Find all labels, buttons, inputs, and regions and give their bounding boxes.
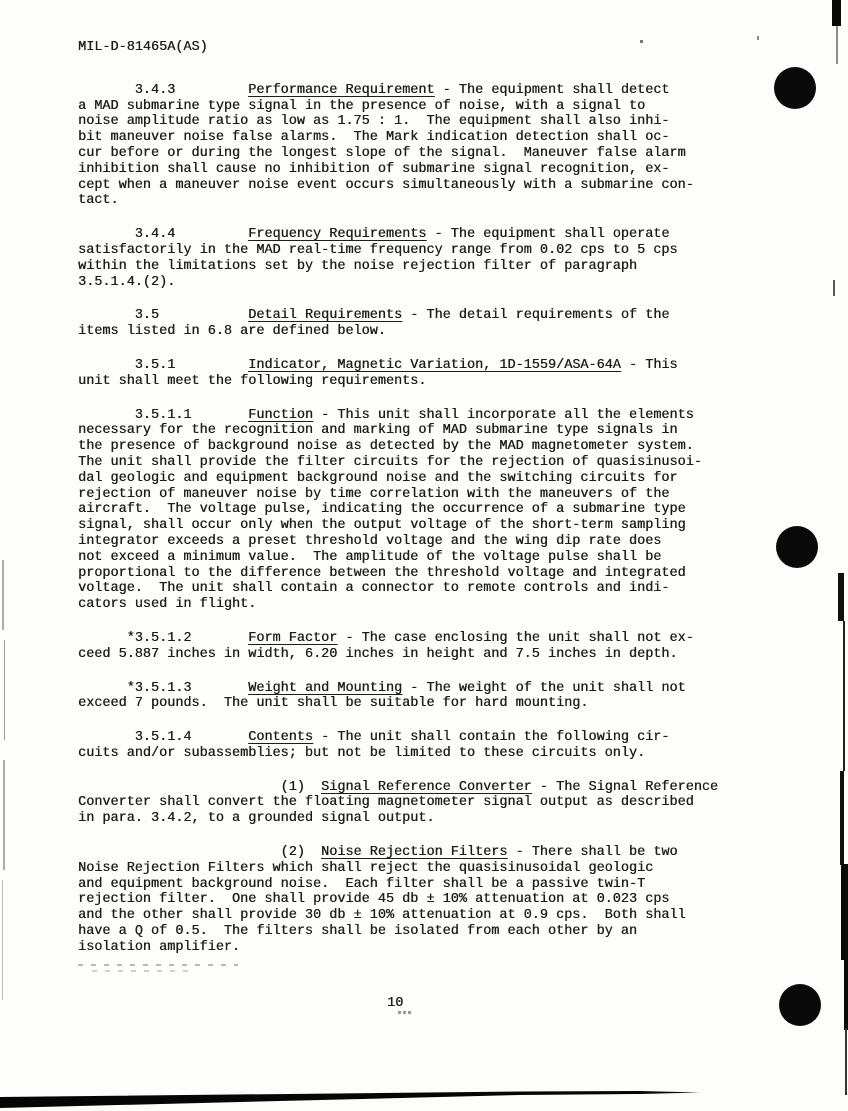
paragraph-first-line: *3.5.1.3 Weight and Mounting - The weigh… <box>78 681 738 697</box>
paragraph-line: tact. <box>78 193 738 209</box>
section-title: Contents <box>248 730 313 745</box>
paragraph-line: bit maneuver noise false alarms. The Mar… <box>78 130 738 146</box>
section-text: - The case enclosing the unit shall not … <box>337 631 693 646</box>
scan-artifact-top-right-bar <box>832 0 841 26</box>
section-text: 3.4.3 <box>78 83 248 98</box>
paragraph: (2) Noise Rejection Filters - There shal… <box>78 845 738 956</box>
paragraph-line: integrator exceeds a preset threshold vo… <box>78 534 738 550</box>
paragraph-first-line: 3.5.1 Indicator, Magnetic Variation, 1D-… <box>78 358 738 374</box>
paragraph-line: voltage. The unit shall contain a connec… <box>78 581 738 597</box>
paragraph-line: necessary for the recognition and markin… <box>78 423 738 439</box>
paragraph-line: dal geologic and equipment background no… <box>78 471 738 487</box>
paragraph-first-line: 3.4.4 Frequency Requirements - The equip… <box>78 227 738 243</box>
section-text: - This <box>621 358 678 373</box>
paragraph-line: and the other shall provide 30 db ± 10% … <box>78 908 738 924</box>
paragraph: 3.4.3 Performance Requirement - The equi… <box>78 83 738 209</box>
paragraph-line: proportional to the difference between t… <box>78 566 738 582</box>
paragraph-line: a MAD submarine type signal in the prese… <box>78 99 738 115</box>
scan-artifact-top-right-tail <box>836 26 838 64</box>
paragraph-line: The unit shall provide the filter circui… <box>78 455 738 471</box>
paragraph-line: Noise Rejection Filters which shall reje… <box>78 861 738 877</box>
section-text: - The detail requirements of the <box>402 308 669 323</box>
paragraph-first-line: 3.4.3 Performance Requirement - The equi… <box>78 83 738 99</box>
section-text: *3.5.1.3 <box>78 681 248 696</box>
section-text: - There shall be two <box>507 845 677 860</box>
section-text: - The weight of the unit shall not <box>402 681 686 696</box>
page-number: 10 <box>387 996 403 1011</box>
paragraph-line: cators used in flight. <box>78 597 738 613</box>
section-text: 3.5.1.1 <box>78 408 248 423</box>
paragraph: 3.5 Detail Requirements - The detail req… <box>78 308 738 340</box>
paragraph-line: isolation amplifier. <box>78 940 738 956</box>
scan-artifact-left-streak-2 <box>4 640 5 740</box>
paragraph-line: cur before or during the longest slope o… <box>78 146 738 162</box>
punch-hole-middle-icon <box>776 526 818 568</box>
paragraph-line: ceed 5.887 inches in width, 6.20 inches … <box>78 647 738 663</box>
paragraph: 3.5.1.1 Function - This unit shall incor… <box>78 408 738 613</box>
scan-noise-row-1 <box>78 964 238 966</box>
paragraph-first-line: 3.5 Detail Requirements - The detail req… <box>78 308 738 324</box>
paragraph-line: Converter shall convert the floating mag… <box>78 795 738 811</box>
paragraph-first-line: (2) Noise Rejection Filters - There shal… <box>78 845 738 861</box>
scan-artifact-right-strip-4 <box>841 864 848 960</box>
paragraph-line: have a Q of 0.5. The filters shall be is… <box>78 924 738 940</box>
paragraph-line: rejection of maneuver noise by time corr… <box>78 487 738 503</box>
section-title: Weight and Mounting <box>248 681 402 696</box>
paragraph: (1) Signal Reference Converter - The Sig… <box>78 780 738 827</box>
scan-artifact-left-streak-3 <box>3 760 5 870</box>
scan-artifact-right-strip-2 <box>843 621 845 771</box>
scan-artifact-right-strip-1 <box>838 573 844 621</box>
paragraph-line: rejection filter. One shall provide 45 d… <box>78 892 738 908</box>
punch-hole-top-icon <box>774 67 816 109</box>
section-text: *3.5.1.2 <box>78 631 248 646</box>
section-title: Signal Reference Converter <box>321 780 532 795</box>
section-title: Function <box>248 408 313 423</box>
section-title: Performance Requirement <box>248 83 434 98</box>
paragraph-line: unit shall meet the following requiremen… <box>78 374 738 390</box>
section-text: - The Signal Reference <box>532 780 718 795</box>
paragraph-line: signal, shall occur only when the output… <box>78 518 738 534</box>
section-title: Form Factor <box>248 631 337 646</box>
section-text: 3.5.1.4 <box>78 730 248 745</box>
punch-hole-bottom-icon <box>779 984 821 1026</box>
section-text: - The unit shall contain the following c… <box>313 730 669 745</box>
scan-artifact-left-streak-1 <box>2 560 4 630</box>
paragraph: 3.5.1.4 Contents - The unit shall contai… <box>78 730 738 762</box>
paragraphs: 3.4.3 Performance Requirement - The equi… <box>78 83 738 956</box>
paragraph-line: within the limitations set by the noise … <box>78 259 738 275</box>
paragraph-line: not exceed a minimum value. The amplitud… <box>78 550 738 566</box>
paragraph-line: in para. 3.4.2, to a grounded signal out… <box>78 811 738 827</box>
scan-speck-under-page-number <box>398 1011 412 1014</box>
paragraph-line: items listed in 6.8 are defined below. <box>78 324 738 340</box>
paragraph-line: the presence of background noise as dete… <box>78 439 738 455</box>
scan-artifact-right-mark <box>833 280 835 296</box>
scan-speck-1 <box>640 40 643 43</box>
paragraph-first-line: 3.5.1.4 Contents - The unit shall contai… <box>78 730 738 746</box>
section-title: Detail Requirements <box>248 308 402 323</box>
document-header: MIL-D-81465A(AS) <box>78 40 738 56</box>
paragraph: 3.5.1 Indicator, Magnetic Variation, 1D-… <box>78 358 738 390</box>
section-text: - The equipment shall detect <box>434 83 669 98</box>
paragraph-line: exceed 7 pounds. The unit shall be suita… <box>78 696 738 712</box>
scan-speck-2 <box>757 36 759 40</box>
paragraph-line: noise amplitude ratio as low as 1.75 : 1… <box>78 114 738 130</box>
paragraph-first-line: (1) Signal Reference Converter - The Sig… <box>78 780 738 796</box>
section-text: 3.4.4 <box>78 227 248 242</box>
section-title: Frequency Requirements <box>248 227 426 242</box>
scan-artifact-bottom-bar <box>0 1085 848 1111</box>
scanned-document-page: MIL-D-81465A(AS) 3.4.3 Performance Requi… <box>0 0 848 1111</box>
paragraph-line: cuits and/or subassemblies; but not be l… <box>78 746 738 762</box>
section-text: (1) <box>78 780 321 795</box>
paragraph-line: aircraft. The voltage pulse, indicating … <box>78 502 738 518</box>
section-text: (2) <box>78 845 321 860</box>
paragraph-line: 3.5.1.4.(2). <box>78 275 738 291</box>
scan-artifact-left-streak-4 <box>2 880 3 1000</box>
section-text: 3.5.1 <box>78 358 248 373</box>
paragraph: 3.4.4 Frequency Requirements - The equip… <box>78 227 738 290</box>
document-body: MIL-D-81465A(AS) 3.4.3 Performance Requi… <box>78 40 738 974</box>
paragraph-line: satisfactorily in the MAD real-time freq… <box>78 243 738 259</box>
scan-artifact-right-strip-5 <box>844 958 848 1030</box>
section-title: Indicator, Magnetic Variation, 1D-1559/A… <box>248 358 621 373</box>
paragraph-first-line: 3.5.1.1 Function - This unit shall incor… <box>78 408 738 424</box>
section-text: - This unit shall incorporate all the el… <box>313 408 694 423</box>
paragraph-first-line: *3.5.1.2 Form Factor - The case enclosin… <box>78 631 738 647</box>
section-text: 3.5 <box>78 308 248 323</box>
scan-artifact-right-strip-3 <box>840 771 844 865</box>
paragraph-line: inhibition shall cause no inhibition of … <box>78 162 738 178</box>
section-title: Noise Rejection Filters <box>321 845 507 860</box>
paragraph-line: and equipment background noise. Each fil… <box>78 877 738 893</box>
scan-noise-row-2 <box>92 970 192 972</box>
paragraph-line: cept when a maneuver noise event occurs … <box>78 178 738 194</box>
section-text: - The equipment shall operate <box>426 227 669 242</box>
paragraph: *3.5.1.2 Form Factor - The case enclosin… <box>78 631 738 663</box>
paragraph: *3.5.1.3 Weight and Mounting - The weigh… <box>78 681 738 713</box>
